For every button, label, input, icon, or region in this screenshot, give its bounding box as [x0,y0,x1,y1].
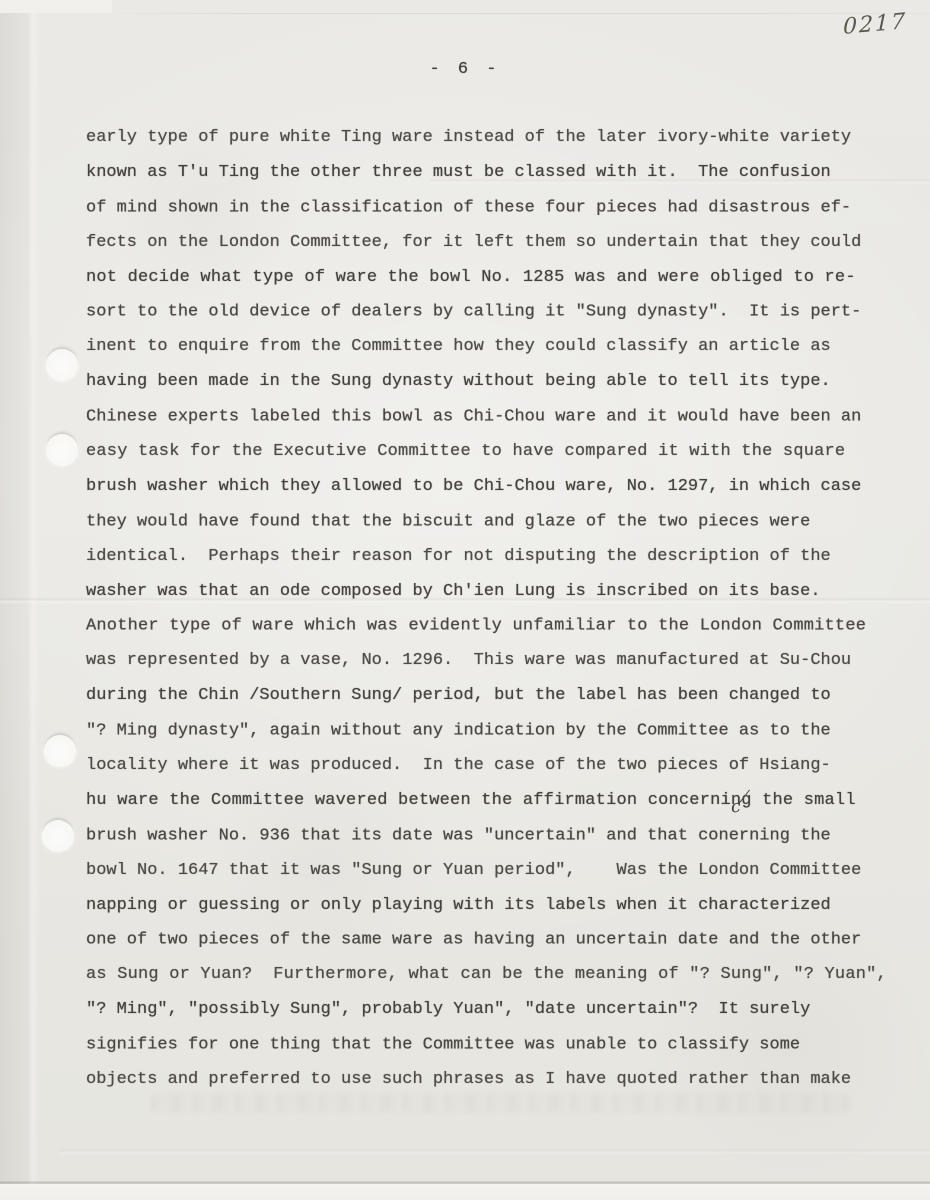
typed-line: brush washer which they allowed to be Ch… [86,470,896,505]
typed-line: fects on the London Committee, for it le… [86,226,896,261]
scan-background-bottom [0,1184,930,1200]
handwritten-archive-number: 0217 [843,9,907,40]
typed-line: not decide what type of ware the bowl No… [86,261,896,296]
paper-top-edge [96,13,930,14]
scan-background-corner [0,0,112,13]
punch-hole [46,434,78,466]
typed-line: signifies for one thing that the Committ… [86,1029,896,1064]
typed-line: identical. Perhaps their reason for not … [86,540,896,575]
typed-line: they would have found that the biscuit a… [86,505,896,540]
typed-line: having been made in the Sung dynasty wit… [86,365,896,400]
typed-line: known as T'u Ting the other three must b… [86,156,896,191]
typed-line: hu ware the Committee wavered between th… [86,784,896,819]
typed-line: Chinese experts labeled this bowl as Chi… [86,401,896,436]
typed-line: was represented by a vase, No. 1296. Thi… [86,644,896,679]
typed-line: easy task for the Executive Committee to… [86,435,896,470]
scanned-page: 0217 - 6 - early type of pure white Ting… [0,0,930,1184]
typed-line: "? Ming", "possibly Sung", probably Yuan… [86,993,896,1028]
typed-line: locality where it was produced. In the c… [86,749,896,784]
punch-hole [46,349,78,381]
paper-crease [60,1148,930,1155]
typed-line: washer was that an ode composed by Ch'ie… [86,575,896,610]
punch-hole [44,735,76,767]
typed-line: inent to enquire from the Committee how … [86,330,896,365]
typed-line: bowl No. 1647 that it was "Sung or Yuan … [86,854,896,889]
typed-line: brush washer No. 936 that its date was "… [86,819,896,854]
typed-line: sort to the old device of dealers by cal… [86,296,896,331]
typed-body: early type of pure white Ting ware inste… [86,121,896,1098]
typed-line: early type of pure white Ting ware inste… [86,121,896,156]
typed-line: during the Chin /Southern Sung/ period, … [86,679,896,714]
typed-line: as Sung or Yuan? Furthermore, what can b… [86,958,896,993]
typed-line: one of two pieces of the same ware as ha… [86,924,896,959]
typed-line: Another type of ware which was evidently… [86,610,896,645]
typed-line: napping or guessing or only playing with… [86,889,896,924]
bleed-through-smudge [150,1093,850,1113]
typed-line: "? Ming dynasty", again without any indi… [86,715,896,750]
page-number: - 6 - [0,60,930,79]
punch-hole [42,820,74,852]
typed-line: of mind shown in the classification of t… [86,191,896,226]
